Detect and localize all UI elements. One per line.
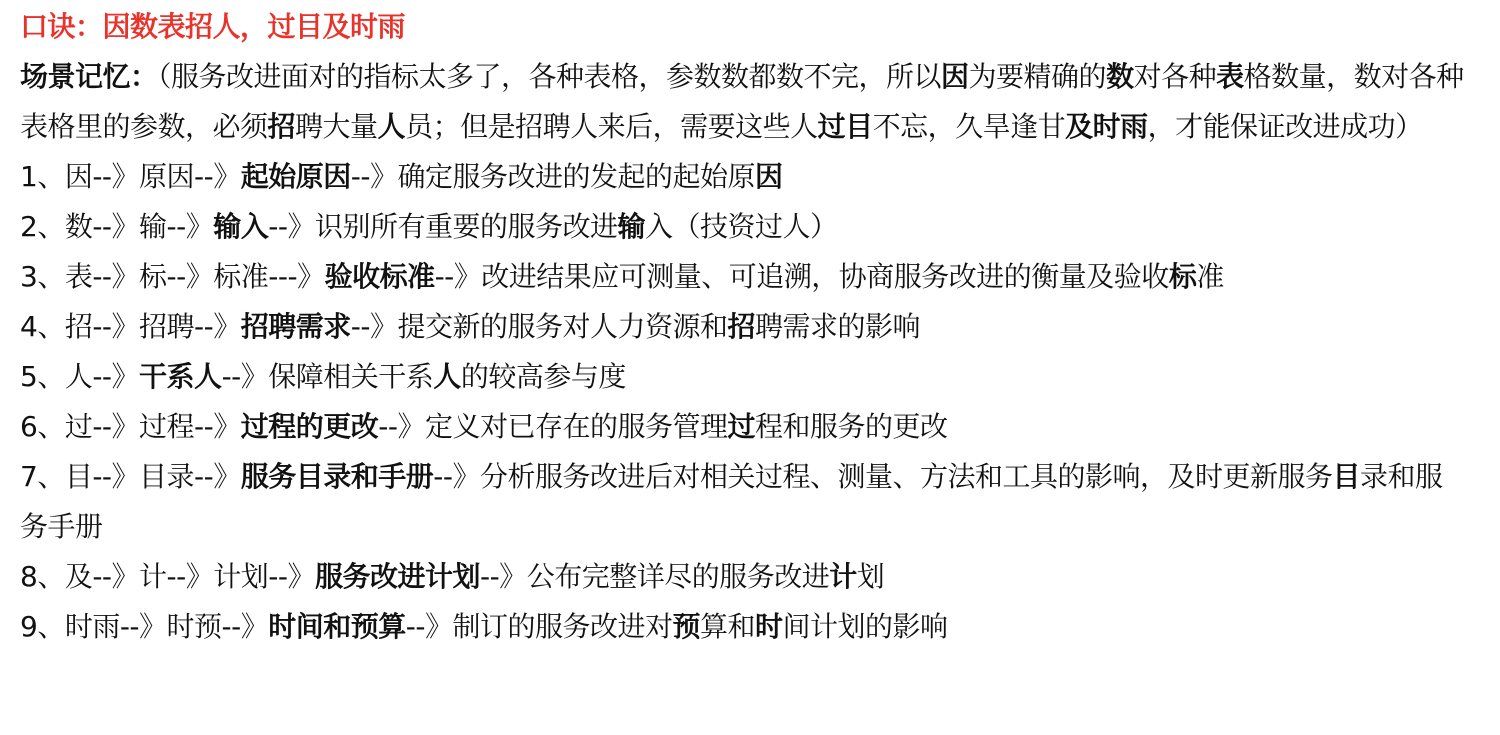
list-item: 3、表--》标--》标准---》验收标准--》改进结果应可测量、可追溯，协商服务…	[20, 252, 1465, 302]
item-arrow: --》	[222, 360, 269, 393]
item-chain: 时雨--》时预--》	[65, 610, 268, 643]
list-item: 4、招--》招聘--》招聘需求--》提交新的服务对人力资源和招聘需求的影响	[20, 302, 1465, 352]
item-key-term: 输入	[213, 210, 268, 243]
body-text: 制订的服务改进对	[452, 610, 672, 643]
item-list: 1、因--》原因--》起始原因--》确定服务改进的发起的起始原因 2、数--》输…	[20, 152, 1465, 652]
list-item: 9、时雨--》时预--》时间和预算--》制订的服务改进对预算和时间计划的影响	[20, 602, 1465, 652]
emphasis-text: 及时雨	[1065, 110, 1148, 143]
item-number: 1、	[20, 160, 65, 193]
item-key-term: 干系人	[139, 360, 222, 393]
item-arrow: --》	[480, 560, 527, 593]
body-text: 划	[857, 560, 885, 593]
body-text: 算和	[700, 610, 755, 643]
emphasis-text: 因	[755, 160, 783, 193]
item-number: 4、	[20, 310, 65, 343]
item-key-term: 服务目录和手册	[241, 460, 434, 493]
body-text: 聘大量	[295, 110, 378, 143]
list-item: 8、及--》计--》计划--》服务改进计划--》公布完整详尽的服务改进计划	[20, 552, 1465, 602]
emphasis-text: 招	[728, 310, 756, 343]
item-description: 保障相关干系人的较高参与度	[268, 360, 626, 393]
body-text: 识别所有重要的服务改进	[315, 210, 618, 243]
body-text: 公布完整详尽的服务改进	[527, 560, 830, 593]
item-description: 定义对已存在的服务管理过程和服务的更改	[425, 410, 948, 443]
list-item: 6、过--》过程--》过程的更改--》定义对已存在的服务管理过程和服务的更改	[20, 402, 1465, 452]
emphasis-text: 因	[941, 60, 969, 93]
item-number: 6、	[20, 410, 65, 443]
body-text: 入（技资过人）	[645, 210, 838, 243]
item-chain: 表--》标--》标准---》	[65, 260, 325, 293]
item-arrow: --》	[435, 260, 482, 293]
item-key-term: 验收标准	[325, 260, 435, 293]
item-chain: 招--》招聘--》	[65, 310, 241, 343]
scene-memory-paragraph: 场景记忆：（服务改进面对的指标太多了，各种表格，参数数都数不完，所以因为要精确的…	[20, 52, 1465, 152]
item-key-term: 招聘需求	[241, 310, 351, 343]
body-text: 提交新的服务对人力资源和	[397, 310, 727, 343]
emphasis-text: 输	[618, 210, 646, 243]
item-chain: 过--》过程--》	[65, 410, 241, 443]
body-text: 不忘，久旱逢甘	[873, 110, 1066, 143]
emphasis-text: 标	[1169, 260, 1197, 293]
item-number: 5、	[20, 360, 65, 393]
list-item: 5、人--》干系人--》保障相关干系人的较高参与度	[20, 352, 1465, 402]
emphasis-text: 过目	[818, 110, 873, 143]
list-item: 1、因--》原因--》起始原因--》确定服务改进的发起的起始原因	[20, 152, 1465, 202]
item-number: 2、	[20, 210, 65, 243]
item-description: 制订的服务改进对预算和时间计划的影响	[452, 610, 947, 643]
item-arrow: --》	[268, 210, 315, 243]
item-key-term: 服务改进计划	[315, 560, 480, 593]
body-text: 改进结果应可测量、可追溯，协商服务改进的衡量及验收	[481, 260, 1169, 293]
item-key-term: 起始原因	[241, 160, 351, 193]
document: 口诀：因数表招人，过目及时雨 场景记忆：（服务改进面对的指标太多了，各种表格，参…	[20, 2, 1465, 652]
item-description: 确定服务改进的发起的起始原因	[397, 160, 782, 193]
emphasis-text: 计	[829, 560, 857, 593]
item-arrow: --》	[378, 410, 425, 443]
item-arrow: --》	[351, 310, 398, 343]
body-text: 聘需求的影响	[755, 310, 920, 343]
body-text: 准	[1196, 260, 1224, 293]
item-chain: 因--》原因--》	[65, 160, 241, 193]
body-text: 员；但是招聘人来后，需要这些人	[405, 110, 818, 143]
item-number: 3、	[20, 260, 65, 293]
item-arrow: --》	[433, 460, 480, 493]
mnemonic-title: 口诀：因数表招人，过目及时雨	[20, 2, 1465, 52]
emphasis-text: 人	[433, 360, 461, 393]
item-chain: 数--》输--》	[65, 210, 213, 243]
item-number: 8、	[20, 560, 65, 593]
item-chain: 目--》目录--》	[65, 460, 241, 493]
body-text: 分析服务改进后对相关过程、测量、方法和工具的影响，及时更新服务	[480, 460, 1333, 493]
body-text: 间计划的影响	[783, 610, 948, 643]
item-arrow: --》	[406, 610, 453, 643]
emphasis-text: 人	[378, 110, 406, 143]
item-description: 改进结果应可测量、可追溯，协商服务改进的衡量及验收标准	[481, 260, 1224, 293]
item-key-term: 过程的更改	[241, 410, 379, 443]
body-text: 的较高参与度	[461, 360, 626, 393]
emphasis-text: 时	[755, 610, 783, 643]
emphasis-text: 表	[1216, 60, 1244, 93]
list-item: 2、数--》输--》输入--》识别所有重要的服务改进输入（技资过人）	[20, 202, 1465, 252]
item-chain: 人--》	[65, 360, 139, 393]
emphasis-text: 预	[673, 610, 701, 643]
item-description: 公布完整详尽的服务改进计划	[527, 560, 885, 593]
body-text: 保障相关干系	[268, 360, 433, 393]
emphasis-text: 目	[1333, 460, 1361, 493]
list-item: 7、目--》目录--》服务目录和手册--》分析服务改进后对相关过程、测量、方法和…	[20, 452, 1465, 552]
item-chain: 及--》计--》计划--》	[65, 560, 315, 593]
item-arrow: --》	[351, 160, 398, 193]
body-text: （服务改进面对的指标太多了，各种表格，参数数都数不完，所以	[158, 60, 942, 93]
body-text: 定义对已存在的服务管理	[425, 410, 728, 443]
scene-memory-text: （服务改进面对的指标太多了，各种表格，参数数都数不完，所以因为要精确的数对各种表…	[20, 60, 1464, 143]
item-description: 识别所有重要的服务改进输入（技资过人）	[315, 210, 838, 243]
body-text: 为要精确的	[969, 60, 1107, 93]
emphasis-text: 过	[728, 410, 756, 443]
item-key-term: 时间和预算	[268, 610, 406, 643]
body-text: ，才能保证改进成功）	[1148, 110, 1423, 143]
body-text: 程和服务的更改	[755, 410, 948, 443]
item-number: 9、	[20, 610, 65, 643]
body-text: 确定服务改进的发起的起始原	[397, 160, 755, 193]
body-text: 对各种	[1134, 60, 1217, 93]
item-number: 7、	[20, 460, 65, 493]
emphasis-text: 数	[1106, 60, 1134, 93]
emphasis-text: 招	[268, 110, 296, 143]
item-description: 提交新的服务对人力资源和招聘需求的影响	[397, 310, 920, 343]
scene-memory-label: 场景记忆：	[20, 60, 158, 93]
